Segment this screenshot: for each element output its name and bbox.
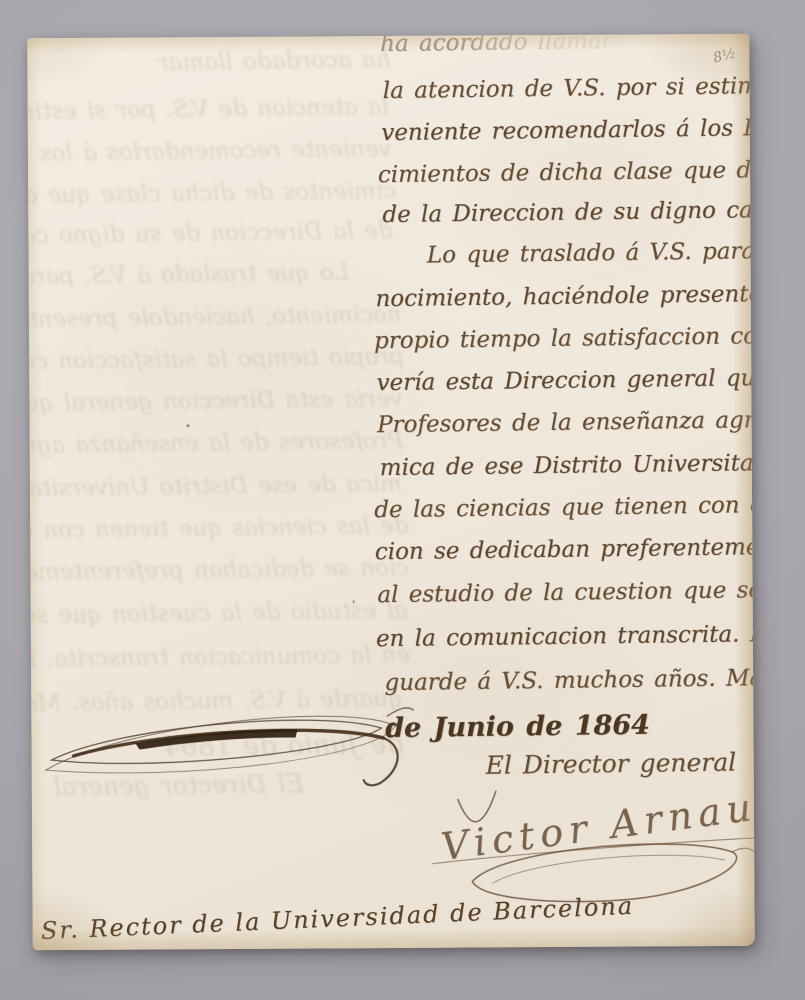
manuscript-line: ha acordado llamar: [380, 34, 613, 59]
ink-speck: [353, 600, 355, 603]
manuscript-line: Lo que traslado á V.S. para su co: [427, 235, 755, 270]
letter-page: ha acordado llamar la atencion de V.S. p…: [27, 34, 755, 950]
manuscript-line: en la comunicacion transcrita. Dios: [376, 619, 755, 655]
manuscript-line: vería esta Direccion general que los: [376, 362, 754, 398]
signature-rubric-ink: [430, 782, 755, 924]
manuscript-line: de las ciencias que tienen con ella re: [374, 489, 755, 525]
manuscript-photo: ha acordado llamar la atencion de V.S. p…: [0, 0, 805, 1000]
closing-line: El Director general: [485, 748, 736, 781]
date-flourish-ink: [43, 694, 416, 792]
manuscript-line: Profesores de la enseñanza agronó: [377, 405, 755, 440]
date-line: de Junio de 1864: [385, 711, 650, 744]
manuscript-line: la atencion de V.S. por si estimase con: [383, 70, 755, 106]
manuscript-line: veniente recomendarlos á los Estable: [381, 112, 755, 148]
manuscript-line: de la Direccion de su digno cargo.: [382, 195, 755, 230]
manuscript-line: cimientos de dicha clase que depen: [378, 155, 755, 191]
ink-speck: [187, 424, 190, 427]
manuscript-line: mica de ese Distrito Universitario: [379, 448, 754, 483]
manuscript-line: al estudio de la cuestion que se indi: [377, 574, 755, 610]
manuscript-line: guarde á V.S. muchos años. Madrid: [384, 663, 754, 699]
manuscript-line: propio tiempo la satisfaccion con que: [374, 320, 755, 356]
manuscript-line: cion se dedicaban preferentemente: [375, 532, 755, 568]
manuscript-line: nocimiento, haciéndole presente al: [375, 279, 755, 314]
